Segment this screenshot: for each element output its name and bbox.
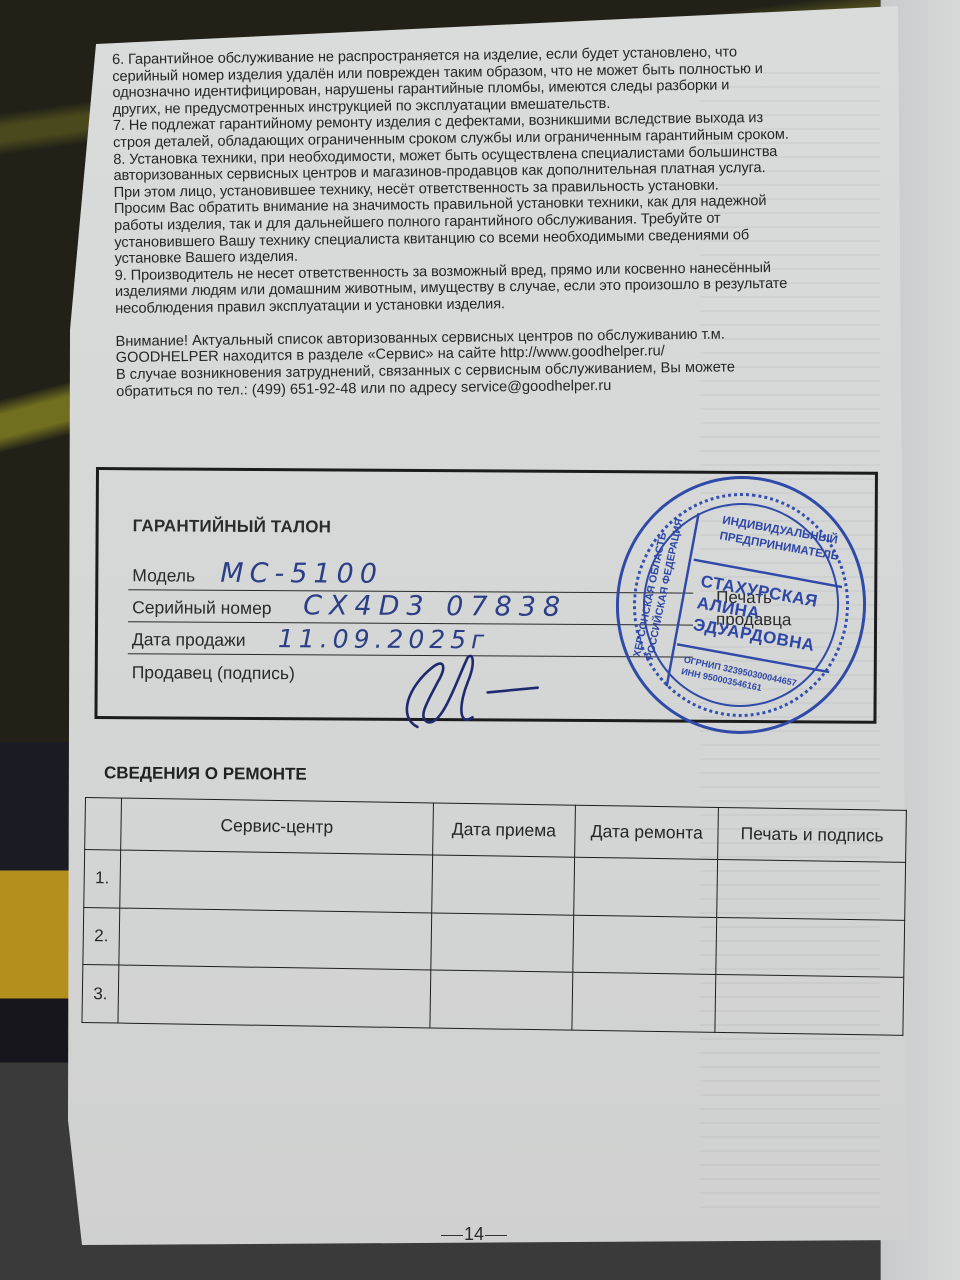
repair-date-cell [572, 973, 716, 1033]
column-header: Дата ремонта [575, 805, 719, 859]
column-header [85, 798, 122, 851]
table-row: 3. [82, 965, 904, 1036]
repair-date-cell [573, 915, 717, 975]
serial-number-label: Серийный номер [132, 597, 272, 619]
page-number: 14 [440, 1224, 508, 1245]
stamp-signature-cell [717, 859, 906, 920]
intake-date-cell [429, 970, 573, 1030]
serial-number-field: Серийный номер CX4D3 07838 [128, 592, 693, 625]
signature-icon [387, 647, 568, 738]
column-header: Сервис-центр [121, 798, 433, 855]
document-body: 6. Гарантийное обслуживание не распростр… [112, 43, 886, 401]
repair-table: Сервис-центр Дата приема Дата ремонта Пе… [81, 797, 906, 1036]
stamp-signature-cell [716, 917, 905, 978]
warranty-card-title: ГАРАНТИЙНЫЙ ТАЛОН [133, 516, 332, 537]
page-number-text: 14 [464, 1224, 484, 1244]
model-field: Модель MC-5100 [128, 560, 693, 593]
intake-date-cell [430, 913, 574, 973]
seller-label: Продавец (подпись) [132, 662, 295, 684]
row-number: 1. [84, 850, 121, 908]
service-center-cell [118, 965, 430, 1028]
row-number: 2. [83, 907, 120, 965]
repair-date-cell [574, 857, 718, 917]
sale-date-label: Дата продажи [132, 629, 246, 651]
model-label: Модель [132, 565, 195, 586]
column-header: Печать и подпись [718, 807, 907, 862]
warranty-terms: 6. Гарантийное обслуживание не распростр… [112, 43, 885, 318]
intake-date-cell [431, 855, 575, 915]
row-number: 3. [82, 965, 119, 1023]
repair-section-title: СВЕДЕНИЯ О РЕМОНТЕ [104, 763, 307, 784]
column-header: Дата приема [432, 803, 576, 857]
service-center-cell [120, 850, 432, 913]
serial-number-value: CX4D3 07838 [303, 590, 567, 623]
service-notice: Внимание! Актуальный список авторизованн… [115, 324, 886, 401]
model-value: MC-5100 [220, 558, 383, 590]
service-center-cell [119, 908, 431, 971]
stamp-signature-cell [715, 975, 904, 1036]
